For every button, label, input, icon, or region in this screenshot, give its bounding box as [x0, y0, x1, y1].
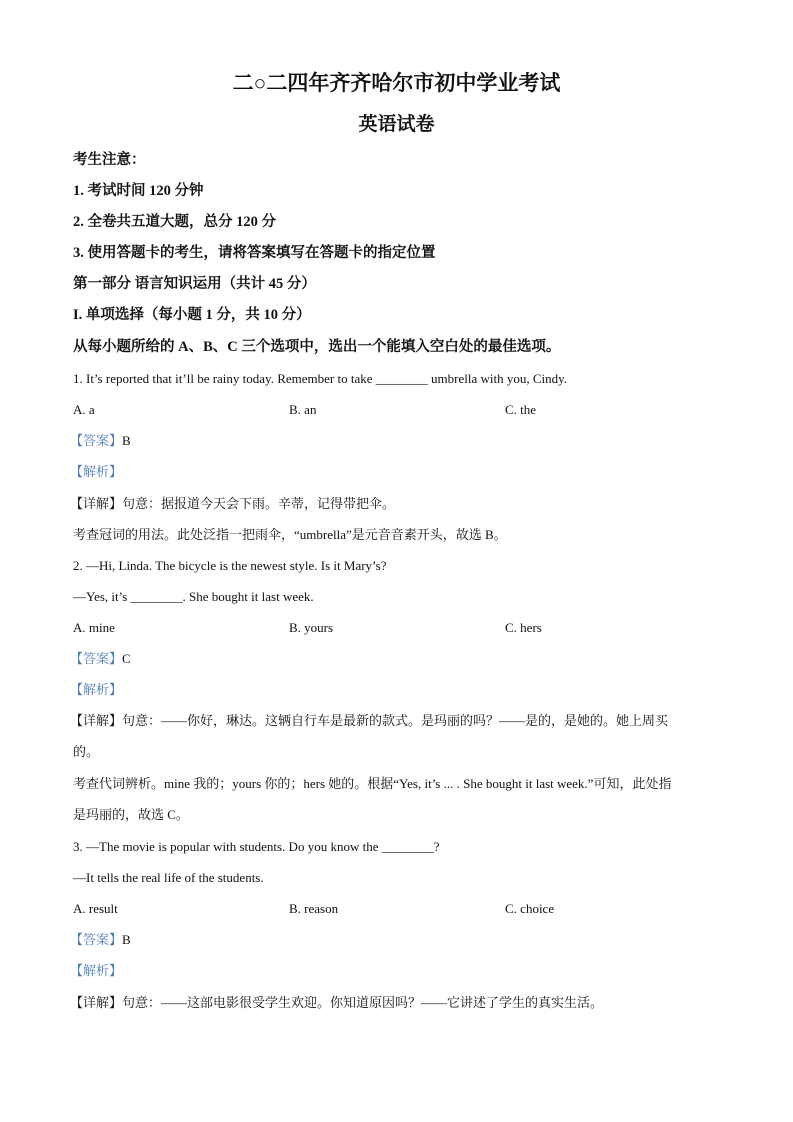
- notice-item-3: 3. 使用答题卡的考生，请将答案填写在答题卡的指定位置: [73, 244, 436, 262]
- q2-explanation-line-1: 考查代词辨析。mine 我的；yours 你的；hers 她的。根据“Yes, …: [73, 776, 671, 792]
- q1-explanation: 考查冠词的用法。此处泛指一把雨伞，“umbrella”是元音音素开头，故选 B。: [73, 527, 507, 543]
- q1-option-a: A. a: [73, 402, 95, 418]
- section-title: I. 单项选择（每小题 1 分，共 10 分）: [73, 306, 311, 324]
- notice-item-1: 1. 考试时间 120 分钟: [73, 182, 204, 200]
- q2-detail-text: 句意：——你好，琳达。这辆自行车是最新的款式。是玛丽的吗？——是的，是她的。她上…: [122, 713, 668, 728]
- q2-option-b: B. yours: [289, 620, 333, 636]
- q3-option-c: C. choice: [505, 901, 554, 917]
- q2-detail: 【详解】句意：——你好，琳达。这辆自行车是最新的款式。是玛丽的吗？——是的，是她…: [70, 713, 668, 729]
- q3-option-a: A. result: [73, 901, 118, 917]
- section-instruction: 从每小题所给的 A、B、C 三个选项中，选出一个能填入空白处的最佳选项。: [73, 338, 560, 356]
- q3-option-b: B. reason: [289, 901, 338, 917]
- q1-analysis-label: 【解析】: [70, 464, 122, 480]
- q3-answer-value: B: [122, 932, 131, 947]
- q2-option-a: A. mine: [73, 620, 115, 636]
- q1-stem: 1. It’s reported that it’ll be rainy tod…: [73, 371, 567, 387]
- q2-explanation-line-2: 是玛丽的，故选 C。: [73, 807, 189, 823]
- exam-title: 二○二四年齐齐哈尔市初中学业考试: [0, 70, 793, 96]
- q2-answer: 【答案】C: [70, 651, 131, 667]
- q1-answer: 【答案】B: [70, 433, 131, 449]
- q2-option-c: C. hers: [505, 620, 542, 636]
- answer-label: 【答案】: [70, 433, 122, 448]
- part-title: 第一部分 语言知识运用（共计 45 分）: [73, 275, 316, 293]
- q1-option-c: C. the: [505, 402, 536, 418]
- detail-label: 【详解】: [70, 995, 122, 1010]
- q2-analysis-label: 【解析】: [70, 682, 122, 698]
- q3-stem-line-1: 3. —The movie is popular with students. …: [73, 839, 440, 855]
- exam-page: 二○二四年齐齐哈尔市初中学业考试 英语试卷 考生注意： 1. 考试时间 120 …: [0, 0, 793, 1122]
- detail-label: 【详解】: [70, 496, 122, 511]
- detail-label: 【详解】: [70, 713, 122, 728]
- q2-stem-line-1: 2. —Hi, Linda. The bicycle is the newest…: [73, 558, 387, 574]
- q3-answer: 【答案】B: [70, 932, 131, 948]
- q1-answer-value: B: [122, 433, 131, 448]
- q3-stem-line-2: —It tells the real life of the students.: [73, 870, 264, 886]
- q1-detail-text: 句意：据报道今天会下雨。辛蒂，记得带把伞。: [122, 496, 395, 511]
- answer-label: 【答案】: [70, 932, 122, 947]
- q3-detail: 【详解】句意：——这部电影很受学生欢迎。你知道原因吗？——它讲述了学生的真实生活…: [70, 995, 603, 1011]
- q1-detail: 【详解】句意：据报道今天会下雨。辛蒂，记得带把伞。: [70, 496, 395, 512]
- notice-item-2: 2. 全卷共五道大题，总分 120 分: [73, 213, 276, 231]
- q2-answer-value: C: [122, 651, 131, 666]
- q1-option-b: B. an: [289, 402, 316, 418]
- exam-subtitle: 英语试卷: [0, 113, 793, 137]
- notice-heading: 考生注意：: [73, 151, 146, 169]
- q2-detail-cont: 的。: [73, 744, 99, 760]
- answer-label: 【答案】: [70, 651, 122, 666]
- q2-stem-line-2: —Yes, it’s ________. She bought it last …: [73, 589, 314, 605]
- q3-detail-text: 句意：——这部电影很受学生欢迎。你知道原因吗？——它讲述了学生的真实生活。: [122, 995, 603, 1010]
- q3-analysis-label: 【解析】: [70, 963, 122, 979]
